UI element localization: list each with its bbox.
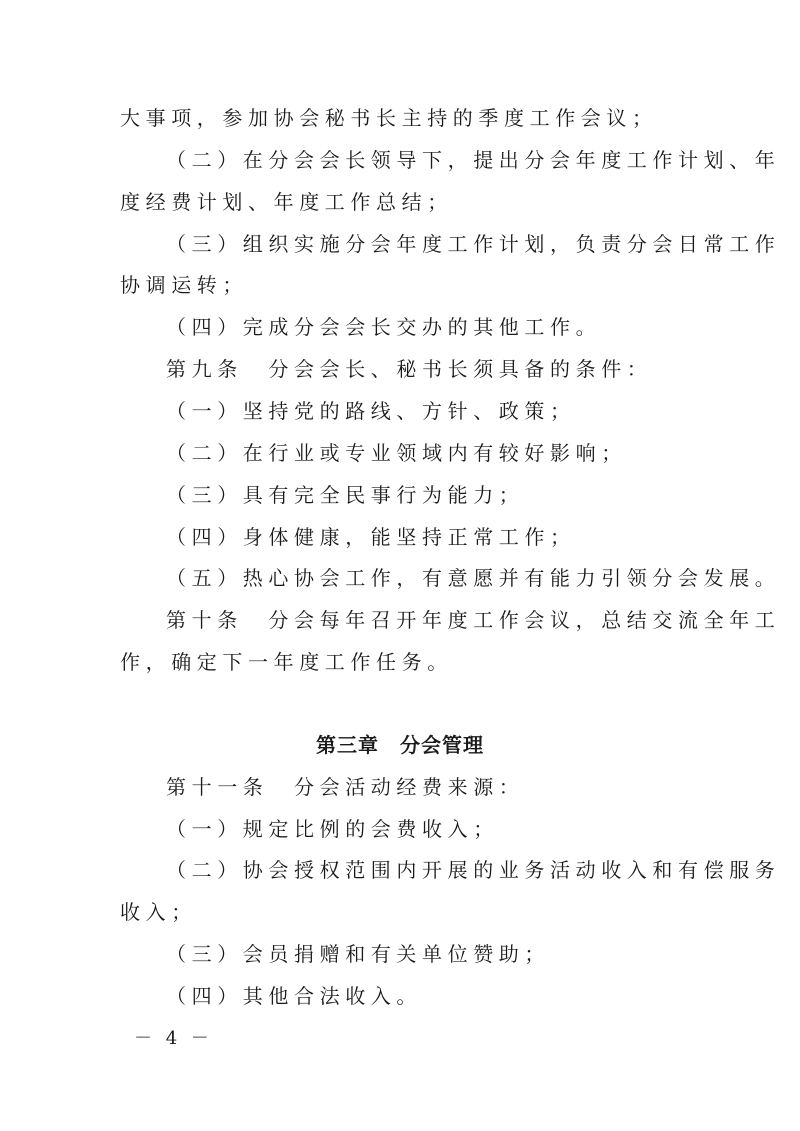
text-line: （四）身体健康，能坚持正常工作； bbox=[166, 525, 726, 549]
text-line: 作，确定下一年度工作任务。 bbox=[120, 650, 680, 674]
text-line: （一）坚持党的路线、方针、政策； bbox=[166, 399, 726, 423]
page-number: － 4 － bbox=[134, 1028, 213, 1050]
text-line: （一）规定比例的会费收入； bbox=[166, 817, 726, 841]
document-page: 大事项，参加协会秘书长主持的季度工作会议； （二）在分会会长领导下，提出分会年度… bbox=[0, 0, 800, 1131]
text-line: （三）具有完全民事行为能力； bbox=[166, 483, 726, 507]
article-9-line: 第九条 分会会长、秘书长须具备的条件： bbox=[166, 357, 726, 381]
text-line: （二）协会授权范围内开展的业务活动收入和有偿服务 bbox=[166, 858, 726, 882]
text-line: （二）在分会会长领导下，提出分会年度工作计划、年 bbox=[166, 148, 726, 172]
text-line: （三）会员捐赠和有关单位赞助； bbox=[166, 942, 726, 966]
text-line: 协调运转； bbox=[120, 273, 680, 297]
text-line: 收入； bbox=[120, 900, 680, 924]
text-line: （五）热心协会工作，有意愿并有能力引领分会发展。 bbox=[166, 566, 726, 590]
text-line: （三）组织实施分会年度工作计划，负责分会日常工作 bbox=[166, 232, 726, 256]
text-line: 大事项，参加协会秘书长主持的季度工作会议； bbox=[120, 106, 680, 130]
text-line: 度经费计划、年度工作总结； bbox=[120, 190, 680, 214]
article-10-line: 第十条 分会每年召开年度工作会议，总结交流全年工 bbox=[166, 608, 726, 632]
chapter-heading: 第三章 分会管理 bbox=[0, 733, 800, 757]
text-line: （四）完成分会会长交办的其他工作。 bbox=[166, 315, 726, 339]
text-line: （二）在行业或专业领域内有较好影响； bbox=[166, 441, 726, 465]
text-line: （四）其他合法收入。 bbox=[166, 984, 726, 1008]
article-11-line: 第十一条 分会活动经费来源： bbox=[166, 775, 726, 799]
